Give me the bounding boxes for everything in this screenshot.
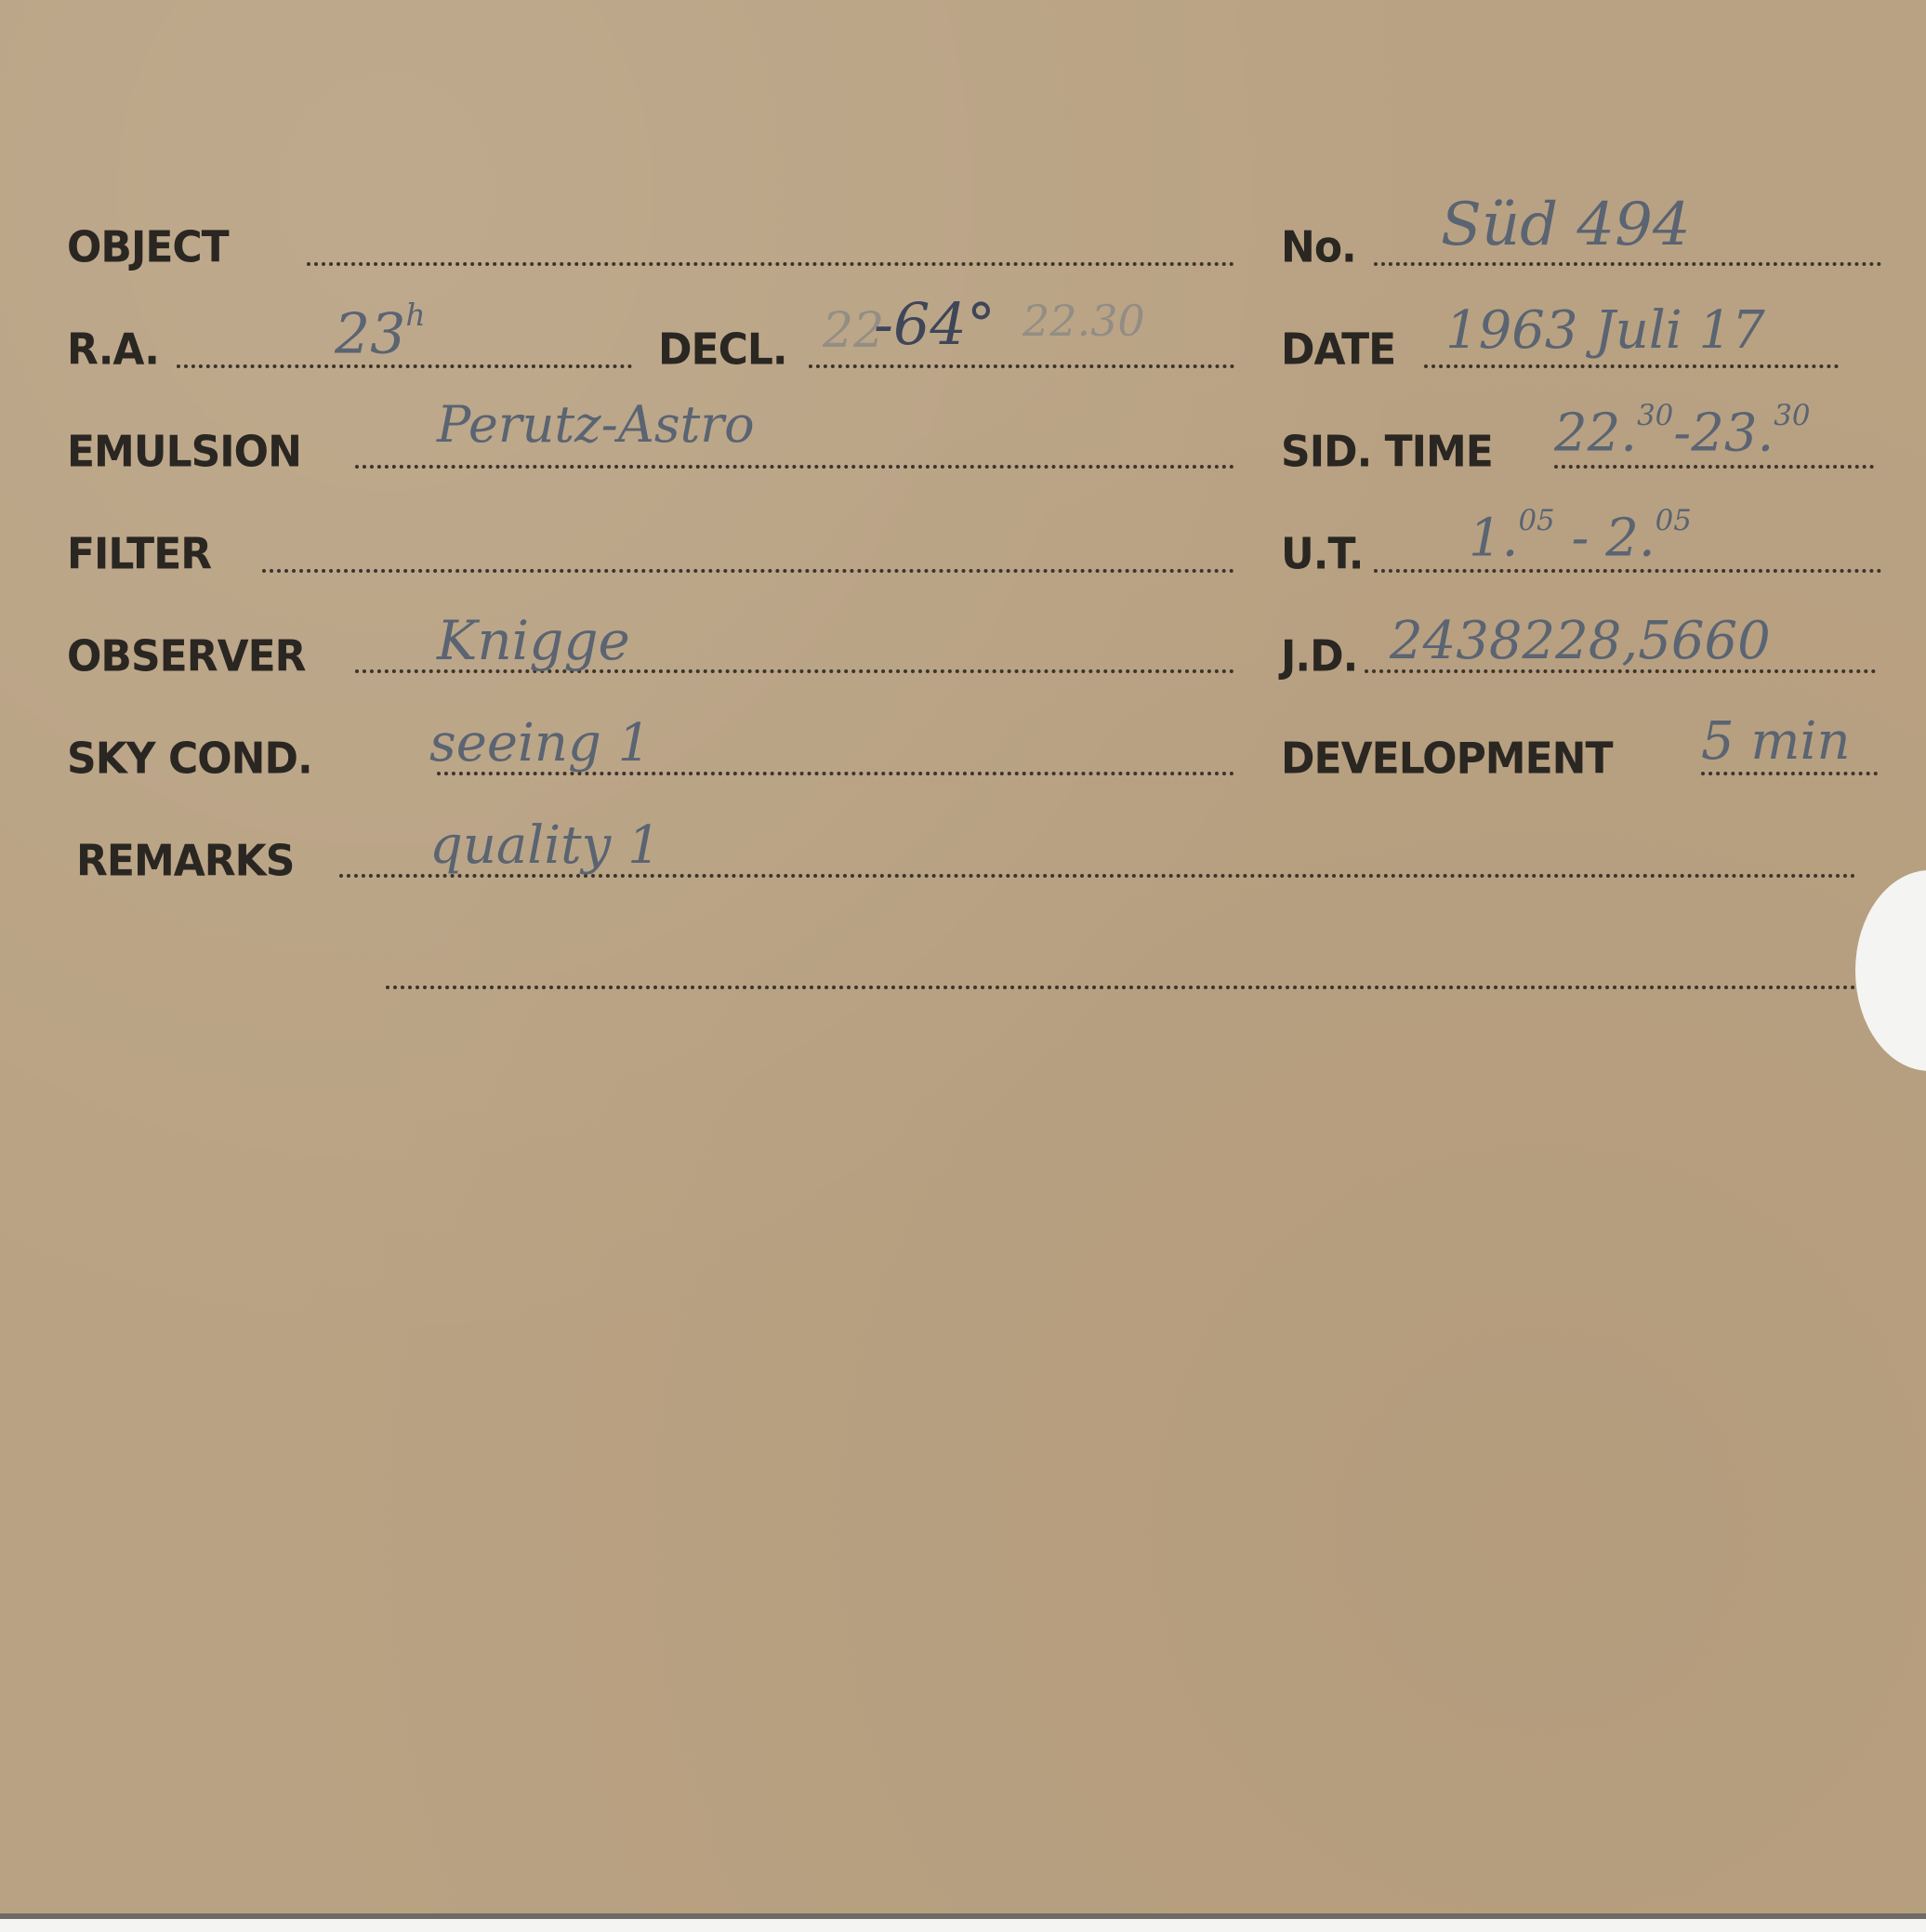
label-ut: U.T.: [1281, 534, 1364, 576]
field-line-date: [1424, 364, 1839, 368]
label-sid-time: SID. TIME: [1281, 431, 1493, 474]
field-line-emulsion: [355, 465, 1234, 469]
thumb-notch: [1855, 870, 1926, 1071]
value-emulsion: Perutz-Astro: [437, 400, 755, 450]
label-no: No.: [1281, 227, 1356, 270]
value-sid-time: 22.30-23.30: [1554, 402, 1810, 460]
value-remarks: quality 1: [429, 820, 661, 872]
plate-envelope: OBJECT R.A. 23h DECL. 22 -64° 22.30 EMUL…: [0, 0, 1926, 1919]
value-no: Süd 494: [1441, 195, 1691, 255]
value-sky-cond: seeing 1: [429, 718, 651, 770]
field-line-sid-time: [1554, 465, 1874, 469]
field-line-filter: [262, 569, 1234, 573]
label-object: OBJECT: [67, 227, 229, 270]
label-development: DEVELOPMENT: [1281, 738, 1613, 781]
value-development: 5 min: [1701, 716, 1851, 768]
label-jd: J.D.: [1281, 636, 1357, 679]
value-ra: 23h: [335, 299, 426, 363]
value-observer: Knigge: [437, 614, 630, 668]
label-filter: FILTER: [67, 534, 211, 576]
field-line-object: [307, 262, 1234, 266]
label-emulsion: EMULSION: [67, 431, 301, 474]
field-line-remarks-2: [386, 986, 1856, 989]
label-decl: DECL.: [658, 329, 787, 372]
label-ra: R.A.: [67, 329, 159, 372]
value-decl-crossed-tail: 22.30: [1022, 299, 1145, 342]
label-date: DATE: [1281, 329, 1395, 372]
field-line-ut: [1374, 569, 1881, 573]
field-line-no: [1374, 262, 1881, 266]
label-observer: OBSERVER: [67, 636, 306, 679]
label-sky-cond: SKY COND.: [67, 738, 312, 781]
field-line-decl: [809, 364, 1234, 368]
value-date: 1963 Juli 17: [1445, 305, 1765, 357]
value-jd: 2438228,5660: [1390, 615, 1771, 668]
label-remarks: REMARKS: [76, 840, 294, 883]
value-ut: 1.05 - 2.05: [1469, 507, 1692, 565]
value-decl: -64°: [874, 296, 996, 353]
field-line-development: [1701, 772, 1878, 775]
